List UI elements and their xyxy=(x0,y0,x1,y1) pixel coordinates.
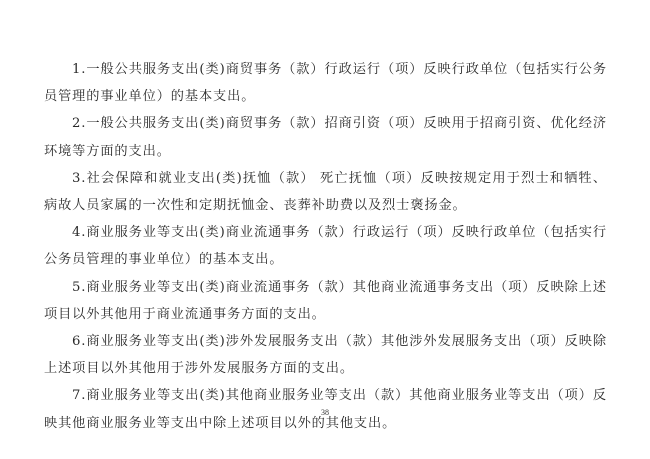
paragraph-3: 3.社会保障和就业支出(类)抚恤（款） 死亡抚恤（项）反映按规定用于烈士和牺牲、… xyxy=(44,165,607,219)
paragraph-4: 4.商业服务业等支出(类)商业流通事务（款）行政运行（项）反映行政单位（包括实行… xyxy=(44,219,607,273)
paragraph-2: 2.一般公共服务支出(类)商贸事务（款）招商引资（项）反映用于招商引资、优化经济… xyxy=(44,110,607,164)
paragraph-5: 5.商业服务业等支出(类)商业流通事务（款）其他商业流通事务支出（项）反映除上述… xyxy=(44,274,607,328)
paragraph-6: 6.商业服务业等支出(类)涉外发展服务支出（款）其他涉外发展服务支出（项）反映除… xyxy=(44,328,607,382)
document-body: 1.一般公共服务支出(类)商贸事务（款）行政运行（项）反映行政单位（包括实行公务… xyxy=(44,56,607,437)
paragraph-1: 1.一般公共服务支出(类)商贸事务（款）行政运行（项）反映行政单位（包括实行公务… xyxy=(44,56,607,110)
page-number: 38 xyxy=(0,408,650,417)
